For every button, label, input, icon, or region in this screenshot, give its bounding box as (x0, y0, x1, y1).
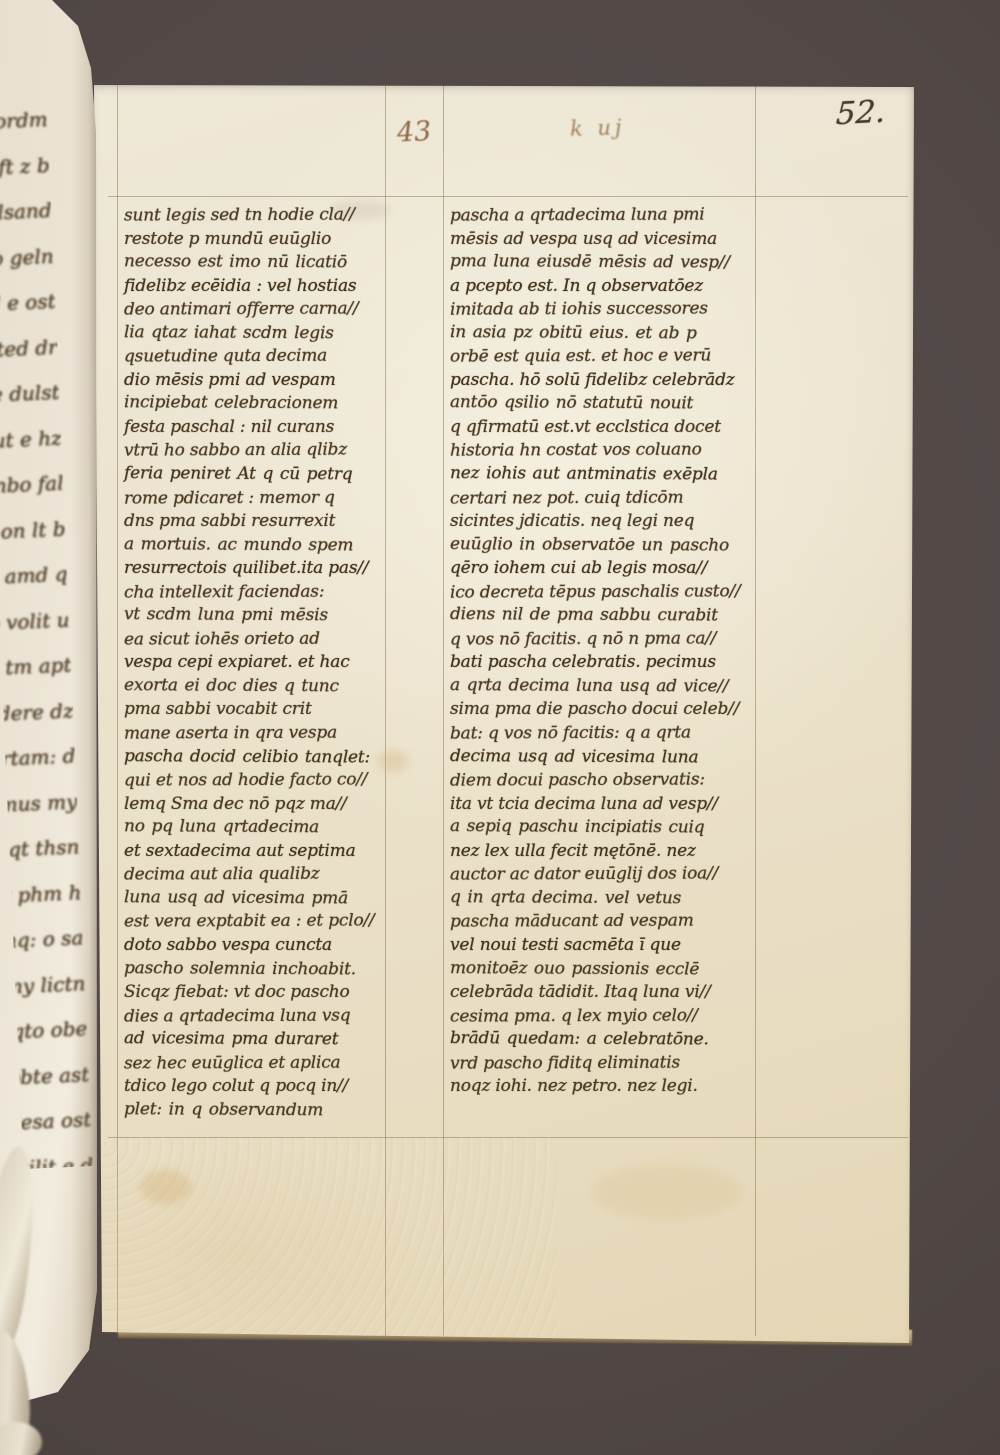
manuscript-text-line: a qrta decima luna usq ad vice// (450, 674, 772, 699)
manuscript-text-line: festa paschal : nil curans (124, 416, 416, 440)
facing-page-text-fragment: tord anbo fal (0, 461, 64, 510)
facing-page-text-fragment: empla sertam: d (4, 733, 76, 782)
manuscript-text-line: pascha māducant ad vespam (450, 910, 772, 935)
facing-page-text-fragment: promtissimus my (6, 779, 78, 828)
folio-number: 52. (835, 95, 886, 132)
manuscript-text-line: qui et nos ad hodie facto co// (124, 768, 416, 793)
gutter-shadow (71, 0, 97, 1412)
manuscript-text-line: bati pascha celebratis. pecimus (450, 651, 772, 675)
manuscript-text-line: ad vicesima pma duraret (124, 1027, 416, 1052)
manuscript-text-line: pma luna eiusdē mēsis ad vesp// (450, 250, 772, 275)
manuscript-text-line: vel noui testi sacmēta ī que (450, 934, 772, 958)
manuscript-text-line: dies a qrtadecima luna vsq (124, 1004, 416, 1029)
manuscript-text-line: plet: in q observandum (124, 1098, 416, 1123)
manuscript-text-line: in asia pz obitū eius. et ab p (450, 321, 772, 346)
manuscript-text-line: pascha docid celibio tanqlet: (124, 745, 416, 770)
manuscript-text-line: resurrectois quilibet.ita pas// (124, 557, 416, 581)
facing-page-text-fragment: pellano volit u (0, 597, 70, 646)
facing-page-text-fragment: gpus ortho geln (0, 233, 55, 282)
facing-page-text-fragment: n quo tm apt (1, 642, 73, 691)
manuscript-text-line: sicintes jdicatis. neq legi neq (450, 510, 772, 534)
manuscript-text-line: brādū quedam: a celebratōne. (450, 1027, 772, 1052)
manuscript-text-line: restote p mundū euūglio (124, 228, 416, 252)
manuscript-text-line: vespa cepi expiaret. et hac (124, 651, 416, 675)
manuscript-text-line: orbē est quia est. et hoc e verū (450, 345, 772, 370)
manuscript-text-line: antōo qsilio nō statutū nouit (450, 392, 772, 417)
stain-spot (140, 1170, 192, 1204)
manuscript-text-line: dio mēsis pmi ad vespam (124, 369, 416, 393)
facing-page-text-fragment: qun bz e dulst (0, 370, 61, 419)
manuscript-text-line: bat: q vos nō facitis: q a qrta (450, 721, 772, 746)
manuscript-text-line: nez lex ulla fecit mętōnē. nez (450, 840, 772, 864)
manuscript-text-line: mane aserta in qra vespa (124, 721, 416, 746)
stain-spot (592, 1164, 742, 1220)
manuscript-text-line: q in qrta decima. vel vetus (450, 886, 772, 911)
manuscript-text-line: vtrū ho sabbo an alia qlibz (124, 439, 416, 464)
manuscript-text-line: cesima pma. q lex myio celo// (450, 1004, 772, 1029)
manuscript-text-line: mēsis ad vespa usq ad vicesima (450, 228, 772, 252)
text-column-left: sunt legis sed tn hodie cla//restote p m… (124, 204, 416, 1122)
manuscript-text-line: deo antimari offerre carna// (124, 298, 416, 323)
manuscript-text-line: rome pdicaret : memor q (124, 486, 416, 511)
manuscript-text-line: pma sabbi vocabit crit (124, 698, 416, 722)
parchment-grain-texture (96, 1137, 556, 1342)
manuscript-text-line: celebrāda tādidit. Itaq luna vi// (450, 981, 772, 1005)
quire-signature-mark: k uj (570, 115, 626, 141)
manuscript-text-line: pascha a qrtadecima luna pmi (450, 203, 772, 228)
manuscript-text-line: pascha. hō solū fidelibz celebrādz (450, 369, 772, 393)
facing-page-text-fragment: obuianq. amd q (0, 552, 68, 601)
facing-page-text-fragment: sain nisut e hz (0, 415, 63, 464)
manuscript-text-line: a mortuis. ac mundo spem (124, 533, 416, 558)
manuscript-text-line: est vera exptabit ea : et pclo// (124, 910, 416, 935)
facing-page-text-fragment: had e oun ordm (0, 97, 49, 146)
manuscript-text-line: sez hec euūglica et aplica (124, 1051, 416, 1076)
manuscript-text-line: nez iohis aut antminatis exēpla (450, 462, 772, 487)
manuscript-text-line: feria peniret At q cū petrq (124, 462, 416, 487)
manuscript-text-line: luna usq ad vicesima pmā (124, 886, 416, 911)
manuscript-text-line: noqz iohi. nez petro. nez legi. (450, 1075, 772, 1099)
facing-page-text-fragment: nonit qt thsn (8, 824, 80, 873)
manuscript-text-line: imitada ab ti iohis successores (450, 297, 772, 322)
facing-page-text-fragment: t defferst oft z b (0, 142, 51, 191)
photograph-backdrop: 43 k uj 52. sunt legis sed tn hodie cla/… (0, 0, 1000, 1455)
manuscript-text-line: vt scdm luna pmi mēsis (124, 604, 416, 629)
manuscript-text-line: sunt legis sed tn hodie cla// (124, 203, 416, 228)
facing-page-text-fragment: dn tendere dz (2, 688, 74, 737)
manuscript-text-line: incipiebat celebracionem (124, 392, 416, 417)
manuscript-text-line: lemq Sma dec nō pqz ma// (124, 793, 416, 817)
manuscript-text-line: lia qtaz iahat scdm legis (124, 321, 416, 346)
text-column-right: pascha a qrtadecima luna pmimēsis ad ves… (450, 204, 772, 1099)
manuscript-text-line: a pcepto est. In q observatōez (450, 275, 772, 299)
manuscript-text-line: qēro iohem cui ab legis mosa// (450, 557, 772, 581)
manuscript-text-line: a sepiq paschu incipiatis cuiq (450, 815, 772, 840)
manuscript-text-line: q vos nō facitis. q nō n pma ca// (450, 627, 772, 652)
manuscript-text-line: Sicqz fiebat: vt doc pascho (124, 981, 416, 1005)
manuscript-text-line: doto sabbo vespa cuncta (124, 934, 416, 958)
manuscript-text-line: q qfirmatū est.vt ecclstica docet (450, 416, 772, 440)
manuscript-text-line: sima pma die pascho docui celeb// (450, 698, 772, 722)
manuscript-text-line: auctor ac dator euūglij dos ioa// (450, 863, 772, 888)
manuscript-text-line: no pq luna qrtadecima (124, 815, 416, 840)
manuscript-text-line: exorta ei doc dies q tunc (124, 674, 416, 699)
manuscript-text-line: fidelibz ecēidia : vel hostias (124, 275, 416, 299)
pencil-page-number: 43 (396, 117, 432, 149)
manuscript-text-line: ico decreta tēpus paschalis custo// (450, 580, 772, 605)
manuscript-page: 43 k uj 52. sunt legis sed tn hodie cla/… (94, 82, 914, 1344)
manuscript-text-line: tdico lego colut q pocq in// (124, 1075, 416, 1099)
manuscript-text-line: ea sicut iohēs orieto ad (124, 627, 416, 652)
manuscript-text-line: necesso est imo nū licatiō (124, 250, 416, 275)
facing-page-text-fragment: monuit on lt b (0, 506, 66, 555)
manuscript-text-line: historia hn costat vos coluano (450, 439, 772, 464)
facing-page-text-fragment: es e hinpulsand (0, 188, 53, 237)
manuscript-text-line: vrd pascho fiditq eliminatis (450, 1051, 772, 1076)
manuscript-text-line: ita vt tcia decima luna ad vesp// (450, 793, 772, 817)
manuscript-text-line: pascho solemnia inchoabit. (124, 957, 416, 982)
manuscript-text-line: certari nez pot. cuiq tdicōm (450, 486, 772, 511)
facing-page-text-fragment: q has tnd e ost (0, 279, 57, 328)
manuscript-text-line: monitoēz ouo passionis ecclē (450, 957, 772, 982)
manuscript-text-line: decima usq ad vicesima luna (450, 745, 772, 770)
manuscript-text-line: diens nil de pma sabbu curabit (450, 603, 772, 628)
manuscript-text-line: dns pma sabbi resurrexit (124, 510, 416, 534)
manuscript-text-line: qsuetudine quta decima (124, 345, 416, 370)
stacked-leaves-fore-edge (0, 1422, 42, 1455)
manuscript-text-line: cha intellexit faciendas: (124, 580, 416, 605)
manuscript-text-line: euūglio in observatōe un pascho (450, 533, 772, 558)
manuscript-text-line: decima aut alia qualibz (124, 863, 416, 888)
manuscript-text-line: et sextadecima aut septima (124, 840, 416, 864)
manuscript-text-line: diem docui pascho observatis: (450, 768, 772, 793)
facing-page-text-fragment: pheas puted dr (0, 324, 59, 373)
ruling-horizontal-top (108, 196, 908, 197)
